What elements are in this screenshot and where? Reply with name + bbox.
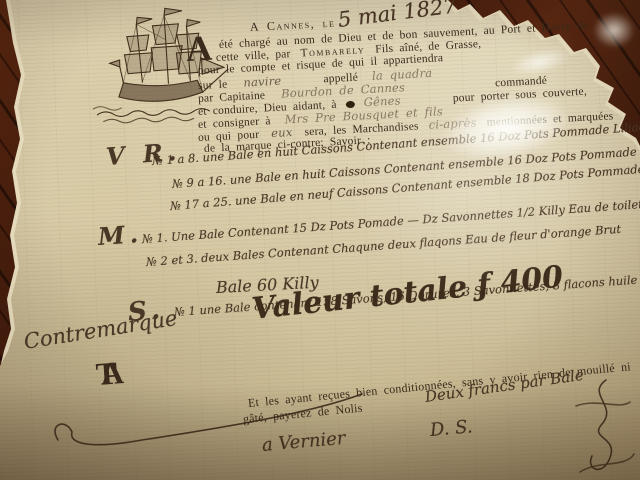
ci-apres-handwritten: ci-après [428, 115, 477, 131]
cargo-mark-m: M. [97, 219, 144, 251]
signature-flourish [568, 376, 640, 480]
photo-scene: A Cannes, le 5 mai 1827 A été chargé au … [0, 0, 640, 480]
dropcap-initial: A [185, 30, 213, 67]
initials-handwritten: D. S. [429, 416, 473, 441]
ink-blot [346, 101, 355, 108]
